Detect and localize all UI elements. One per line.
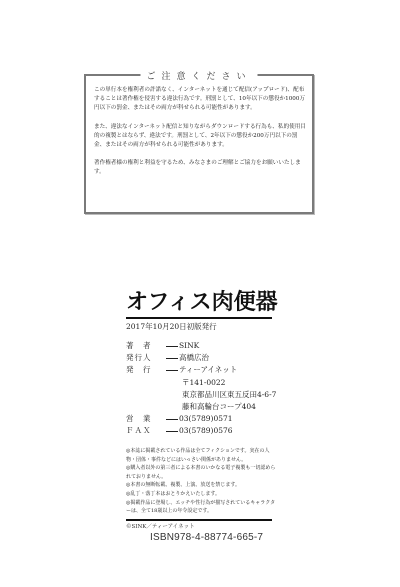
notice-body: この単行本を権利者の許諾なく、インターネットを通じて配信(アップロード)、配布す…: [94, 86, 306, 187]
note-age: ◎掲載作品に登場し、エッチや性行為が描写されているキャラクターは、全て18歳以上…: [126, 499, 276, 516]
note-electronic-copy: ◎購入者以外の第三者による本書のいかなる電子複製も一切認められておりません。: [126, 464, 276, 481]
note-reproduction: ◎本書の無断転載、複製、上演、放送を禁じます。: [126, 481, 276, 490]
sales-phone: 03(5789)0571: [179, 413, 233, 425]
author-label: 著 者: [126, 340, 166, 352]
copyright-line: ©SINK／ティーアイネット: [126, 522, 195, 530]
isbn: ISBN978-4-88774-665-7: [150, 532, 263, 543]
title-divider: [126, 317, 272, 319]
dash-rule: [166, 431, 178, 432]
notes-divider: [126, 519, 272, 521]
credit-sales: 営 業03(5789)0571: [126, 413, 276, 425]
dash-rule: [166, 419, 178, 420]
address-line-2: 藤和高輪台コープ404: [126, 401, 276, 413]
dash-rule: [166, 346, 178, 347]
colophon-credits: 著 者SINK 発行人高橋広治 発 行ティーアイネット 〒141-0022 東京…: [126, 340, 276, 438]
notice-paragraph-request: 著作権者様の権利と利益を守るため、みなさまのご理解とご協力をお願いいたします。: [94, 159, 306, 177]
publisher-person-name: 高橋広治: [179, 352, 209, 364]
copyright-notice-box: ご注意ください この単行本を権利者の許諾なく、インターネットを通じて配信(アップ…: [84, 74, 314, 214]
credit-author: 著 者SINK: [126, 340, 276, 352]
publication-date: 2017年10月20日初版発行: [126, 321, 217, 332]
note-replacement: ◎乱丁・落丁本はおとりかえいたします。: [126, 490, 276, 499]
notice-paragraph-download: また、違法なインターネット配信と知りながらダウンロードする行為も、私的使用目的の…: [94, 123, 306, 151]
publisher-name: ティーアイネット: [179, 364, 237, 376]
publisher-person-label: 発行人: [126, 352, 166, 364]
legal-notes: ◎本誌に掲載されている作品は全てフィクションです。実在の人物・団体・事件などには…: [126, 447, 276, 516]
notice-paragraph-upload: この単行本を権利者の許諾なく、インターネットを通じて配信(アップロード)、配布す…: [94, 86, 306, 114]
postal-code: 〒141-0022: [126, 377, 276, 389]
publisher-label: 発 行: [126, 364, 166, 376]
fax-number: 03(5789)0576: [179, 425, 233, 437]
dash-rule: [166, 370, 178, 371]
note-fiction: ◎本誌に掲載されている作品は全てフィクションです。実在の人物・団体・事件などには…: [126, 447, 276, 464]
address-line-1: 東京都品川区東五反田4-6-7: [126, 389, 276, 401]
credit-publisher: 発 行ティーアイネット: [126, 364, 276, 376]
credit-publisher-person: 発行人高橋広治: [126, 352, 276, 364]
credit-fax: ＦＡＸ03(5789)0576: [126, 425, 276, 437]
dash-rule: [166, 358, 178, 359]
author-name: SINK: [179, 340, 199, 352]
sales-label: 営 業: [126, 413, 166, 425]
book-title: オフィス肉便器: [126, 285, 278, 316]
notice-title: ご注意ください: [140, 69, 257, 82]
fax-label: ＦＡＸ: [126, 425, 166, 437]
